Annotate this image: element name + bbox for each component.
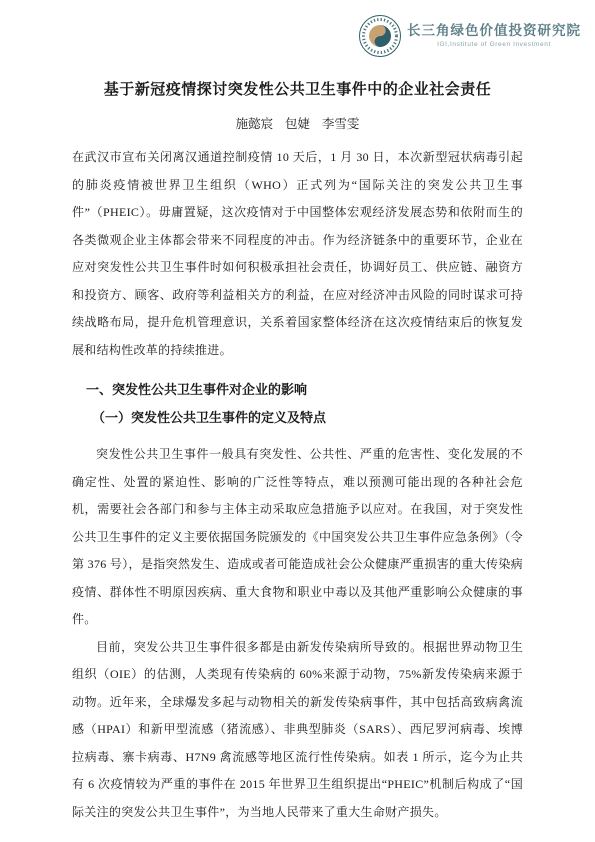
institute-name-en: IGI,Institute of Green Investment bbox=[437, 41, 551, 48]
section-1-1-heading: （一）突发性公共卫生事件的定义及特点 bbox=[72, 409, 523, 427]
document-page: 长三角绿色价值投资研究院 IGI,Institute of Green Inve… bbox=[0, 0, 595, 842]
institute-name-block: 长三角绿色价值投资研究院 IGI,Institute of Green Inve… bbox=[407, 24, 581, 48]
intro-paragraph: 在武汉市宣布关闭离汉通道控制疫情 10 天后，1 月 30 日，本次新型冠状病毒… bbox=[72, 144, 523, 364]
epidemics-paragraph: 目前，突发公共卫生事件很多都是由新发传染病所导致的。根据世界动物卫生组织（OIE… bbox=[72, 634, 523, 827]
institute-seal-icon bbox=[358, 14, 402, 58]
authors-line: 施懿宸 包婕 李雪雯 bbox=[72, 116, 523, 132]
institute-logo: 长三角绿色价值投资研究院 IGI,Institute of Green Inve… bbox=[358, 14, 581, 58]
institute-name-zh: 长三角绿色价值投资研究院 bbox=[407, 24, 581, 39]
section-1-heading: 一、突发性公共卫生事件对企业的影响 bbox=[72, 381, 523, 399]
definition-paragraph: 突发性公共卫生事件一般具有突发性、公共性、严重的危害性、变化发展的不确定性、处置… bbox=[72, 441, 523, 634]
